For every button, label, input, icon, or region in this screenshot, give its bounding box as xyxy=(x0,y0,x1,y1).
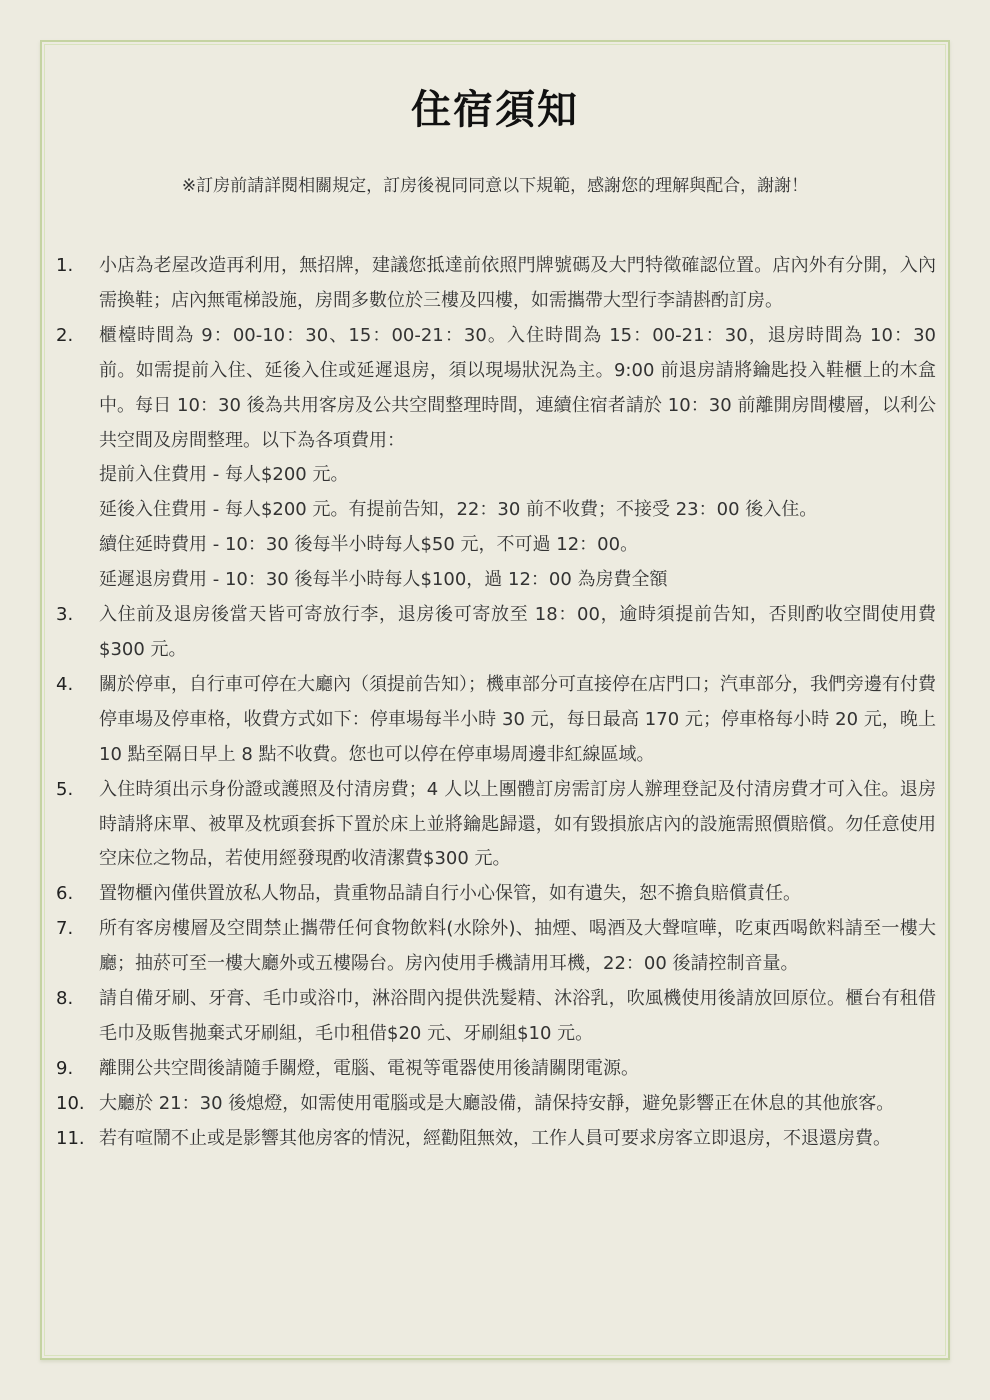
rule-item-1: 1. 小店為老屋改造再利用，無招牌，建議您抵達前依照門牌號碼及大門特徵確認位置。… xyxy=(56,249,936,319)
rule-text: 所有客房樓層及空間禁止攜帶任何食物飲料(水除外)、抽煙、喝酒及大聲喧嘩，吃東西喝… xyxy=(99,912,936,982)
rule-body: 櫃檯時間為 9：00-10：30、15：00-21：30。入住時間為 15：00… xyxy=(99,319,936,598)
rule-text: 請自備牙刷、牙膏、毛巾或浴巾，淋浴間內提供洗髮精、沐浴乳，吹風機使用後請放回原位… xyxy=(99,982,936,1052)
rule-number: 5. xyxy=(56,773,99,878)
rule-text: 入住前及退房後當天皆可寄放行李，退房後可寄放至 18：00，逾時須提前告知，否則… xyxy=(99,598,936,668)
rule-number: 3. xyxy=(56,598,99,668)
rule-number: 10. xyxy=(56,1087,99,1122)
intro-notice: ※訂房前請詳閱相關規定，訂房後視同同意以下規範，感謝您的理解與配合，謝謝！ xyxy=(0,174,990,198)
rule-text: 櫃檯時間為 9：00-10：30、15：00-21：30。入住時間為 15：00… xyxy=(99,319,936,459)
rule-item-9: 9. 離開公共空間後請隨手關燈，電腦、電視等電器使用後請關閉電源。 xyxy=(56,1052,936,1087)
rule-text: 大廳於 21：30 後熄燈，如需使用電腦或是大廳設備，請保持安靜，避免影響正在休… xyxy=(99,1087,936,1122)
rule-number: 4. xyxy=(56,668,99,773)
fee-extended-stay: 續住延時費用 - 10：30 後每半小時每人$50 元，不可過 12：00。 xyxy=(99,528,936,563)
rule-number: 8. xyxy=(56,982,99,1052)
rule-text: 置物櫃內僅供置放私人物品，貴重物品請自行小心保管，如有遺失，恕不擔負賠償責任。 xyxy=(99,877,936,912)
rule-number: 11. xyxy=(56,1122,99,1157)
rule-number: 7. xyxy=(56,912,99,982)
rule-text: 入住時須出示身份證或護照及付清房費；4 人以上團體訂房需訂房人辦理登記及付清房費… xyxy=(99,773,936,878)
rule-item-2: 2. 櫃檯時間為 9：00-10：30、15：00-21：30。入住時間為 15… xyxy=(56,319,936,598)
rule-number: 6. xyxy=(56,877,99,912)
rule-item-7: 7. 所有客房樓層及空間禁止攜帶任何食物飲料(水除外)、抽煙、喝酒及大聲喧嘩，吃… xyxy=(56,912,936,982)
rule-item-11: 11. 若有喧鬧不止或是影響其他房客的情況，經勸阻無效，工作人員可要求房客立即退… xyxy=(56,1122,936,1157)
rule-text: 離開公共空間後請隨手關燈，電腦、電視等電器使用後請關閉電源。 xyxy=(99,1052,936,1087)
rule-number: 9. xyxy=(56,1052,99,1087)
fee-late-checkout: 延遲退房費用 - 10：30 後每半小時每人$100，過 12：00 為房費全額 xyxy=(99,563,936,598)
page-title: 住宿須知 xyxy=(0,85,990,135)
rules-list: 1. 小店為老屋改造再利用，無招牌，建議您抵達前依照門牌號碼及大門特徵確認位置。… xyxy=(56,249,936,1157)
rule-number: 2. xyxy=(56,319,99,598)
rule-item-3: 3. 入住前及退房後當天皆可寄放行李，退房後可寄放至 18：00，逾時須提前告知… xyxy=(56,598,936,668)
rule-item-8: 8. 請自備牙刷、牙膏、毛巾或浴巾，淋浴間內提供洗髮精、沐浴乳，吹風機使用後請放… xyxy=(56,982,936,1052)
rule-text: 若有喧鬧不止或是影響其他房客的情況，經勸阻無效，工作人員可要求房客立即退房，不退… xyxy=(99,1122,936,1157)
rule-item-5: 5. 入住時須出示身份證或護照及付清房費；4 人以上團體訂房需訂房人辦理登記及付… xyxy=(56,773,936,878)
fee-late-checkin: 延後入住費用 - 每人$200 元。有提前告知，22：30 前不收費；不接受 2… xyxy=(99,493,936,528)
rule-item-4: 4. 關於停車，自行車可停在大廳內（須提前告知）；機車部分可直接停在店門口；汽車… xyxy=(56,668,936,773)
rule-text: 小店為老屋改造再利用，無招牌，建議您抵達前依照門牌號碼及大門特徵確認位置。店內外… xyxy=(99,249,936,319)
rule-text: 關於停車，自行車可停在大廳內（須提前告知）；機車部分可直接停在店門口；汽車部分，… xyxy=(99,668,936,773)
rule-item-6: 6. 置物櫃內僅供置放私人物品，貴重物品請自行小心保管，如有遺失，恕不擔負賠償責… xyxy=(56,877,936,912)
rule-number: 1. xyxy=(56,249,99,319)
rule-item-10: 10. 大廳於 21：30 後熄燈，如需使用電腦或是大廳設備，請保持安靜，避免影… xyxy=(56,1087,936,1122)
fee-early-checkin: 提前入住費用 - 每人$200 元。 xyxy=(99,458,936,493)
